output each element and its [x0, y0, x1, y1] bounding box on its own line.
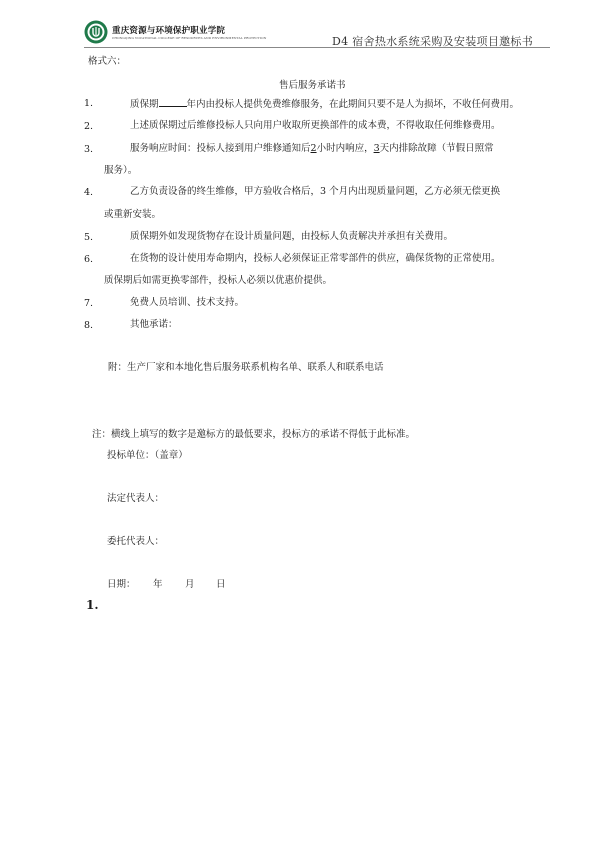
legal-rep-label: 法定代表人： [107, 493, 164, 505]
date-label: 日期： [107, 579, 136, 591]
list-item: 服务响应时间：投标人接到用户维修通知后2小时内响应，3天内排除故障（节假日照常 [130, 143, 494, 155]
warranty-years-blank [159, 97, 187, 107]
list-item: 在货物的设计使用寿命期内，投标人必须保证正常零部件的供应，确保货物的正常使用。 [130, 253, 501, 265]
date-month: 月 [185, 579, 195, 591]
item-text: 服务响应时间：投标人接到用户维修通知后 [130, 143, 311, 154]
item-text: 天内排除故障（节假日照常 [380, 143, 494, 154]
list-item: 上述质保期过后维修投标人只向用户收取所更换部件的成本费，不得收取任何维修费用。 [130, 120, 501, 132]
item-number: 4. [84, 187, 93, 198]
list-item: 免费人员培训、技术支持。 [130, 297, 244, 309]
item-number: 6. [84, 254, 93, 265]
date-year: 年 [153, 579, 163, 591]
item-number: 1. [84, 98, 93, 109]
bidder-seal-label: 投标单位：（盖章） [107, 450, 188, 462]
school-name-en: CHONGQING VOCATIONAL COLLEGE OF RESOURCE… [112, 36, 266, 40]
item-number: 5. [84, 232, 93, 243]
attachment-note: 附：生产厂家和本地化售后服务联系机构名单、联系人和联系电话 [108, 362, 384, 374]
school-name: 重庆资源与环境保护职业学院 [112, 24, 225, 36]
item-number: 2. [84, 121, 93, 132]
item-continuation: 或重新安装。 [104, 209, 161, 221]
list-item: 乙方负责设备的终生维修，甲方验收合格后，3 个月内出现质量问题，乙方必须无偿更换 [130, 186, 500, 198]
item-number: 3. [84, 144, 93, 155]
item-text: 年内由投标人提供免费维修服务，在此期间只要不是人为损坏，不收任何费用。 [187, 99, 520, 110]
date-day: 日 [216, 579, 226, 591]
authorized-rep-label: 委托代表人： [107, 536, 164, 548]
trailing-list-number: 1. [86, 598, 99, 612]
item-continuation: 服务）。 [104, 165, 137, 177]
item-continuation: 质保期后如需更换零部件，投标人必须以优惠价提供。 [104, 275, 332, 287]
header-divider [84, 47, 550, 48]
item-number: 8. [84, 320, 93, 331]
footnote: 注：横线上填写的数字是邀标方的最低要求，投标方的承诺不得低于此标准。 [92, 429, 415, 441]
list-item: 质保期年内由投标人提供免费维修服务，在此期间只要不是人为损坏，不收任何费用。 [130, 97, 519, 111]
item-number: 7. [84, 298, 93, 309]
item-text: 质保期 [130, 99, 159, 110]
format-label: 格式六： [88, 56, 126, 68]
list-item: 质保期外如发现货物存在设计质量问题，由投标人负责解决并承担有关费用。 [130, 231, 453, 243]
list-item: 其他承诺： [130, 319, 178, 331]
item-text: 小时内响应， [317, 143, 374, 154]
doc-heading: 售后服务承诺书 [279, 80, 346, 92]
college-emblem-icon [84, 20, 108, 44]
